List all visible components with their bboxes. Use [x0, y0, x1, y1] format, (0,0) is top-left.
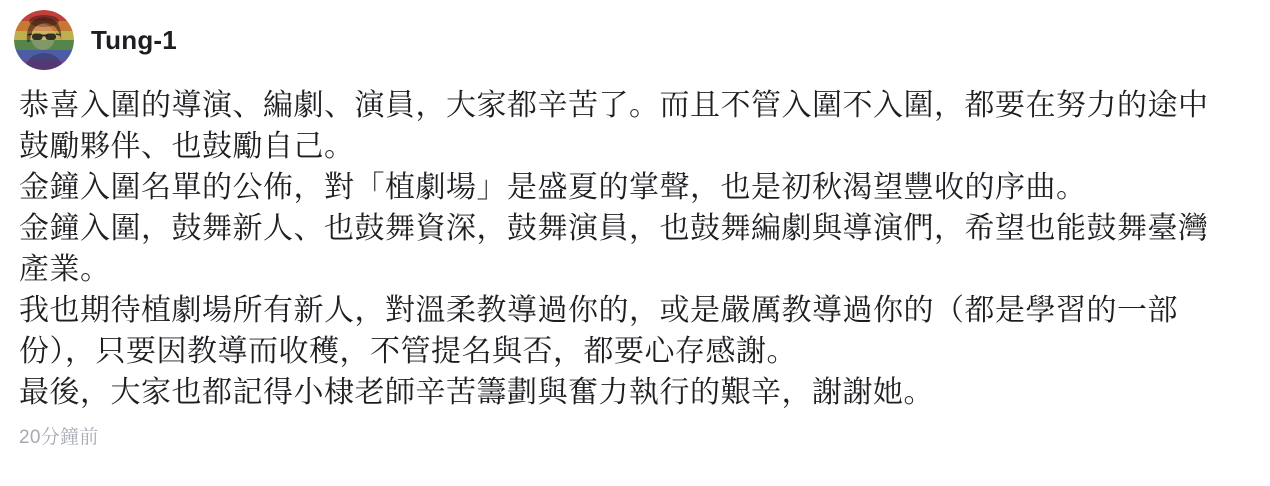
- social-post: Tung-1 恭喜入圍的導演、編劇、演員，大家都辛苦了。而且不管入圍不入圍，都要…: [0, 0, 1270, 486]
- avatar[interactable]: [14, 10, 74, 70]
- author-name[interactable]: Tung-1: [91, 25, 177, 56]
- post-timestamp[interactable]: 20分鐘前: [19, 422, 1270, 449]
- post-text: 恭喜入圍的導演、編劇、演員，大家都辛苦了。而且不管入圍不入圍，都要在努力的途中 …: [19, 85, 1250, 413]
- post-header: Tung-1: [0, 0, 1270, 70]
- rainbow-avatar-icon: [14, 10, 74, 70]
